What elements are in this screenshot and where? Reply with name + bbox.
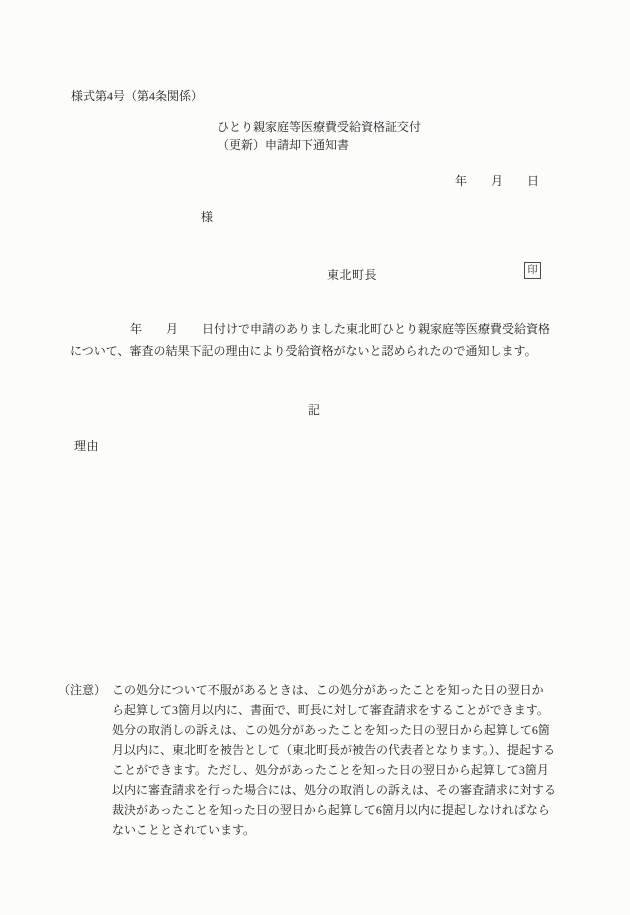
issuer-title: 東北町長 xyxy=(327,265,377,285)
document-title: ひとり親家庭等医療費受給資格証交付 （更新）申請却下通知書 xyxy=(217,118,421,154)
form-number: 様式第4号（第4条関係） xyxy=(71,86,203,106)
record-marker: 記 xyxy=(308,400,320,420)
document-page: 様式第4号（第4条関係） ひとり親家庭等医療費受給資格証交付 （更新）申請却下通… xyxy=(0,0,630,915)
issue-date-blanks: 年 月 日 xyxy=(455,171,539,191)
reason-label: 理由 xyxy=(74,436,99,456)
body-paragraph: 年 月 日付けで申請のありました東北町ひとり親家庭等医療費受給資格 について、審… xyxy=(70,319,550,362)
seal-placeholder-icon: 印 xyxy=(524,262,541,279)
notice-paragraph: （注意） この処分について不服があるときは、この処分があったことを知った日の翌日… xyxy=(58,680,556,840)
addressee-name-suffix: 様 xyxy=(201,207,213,227)
